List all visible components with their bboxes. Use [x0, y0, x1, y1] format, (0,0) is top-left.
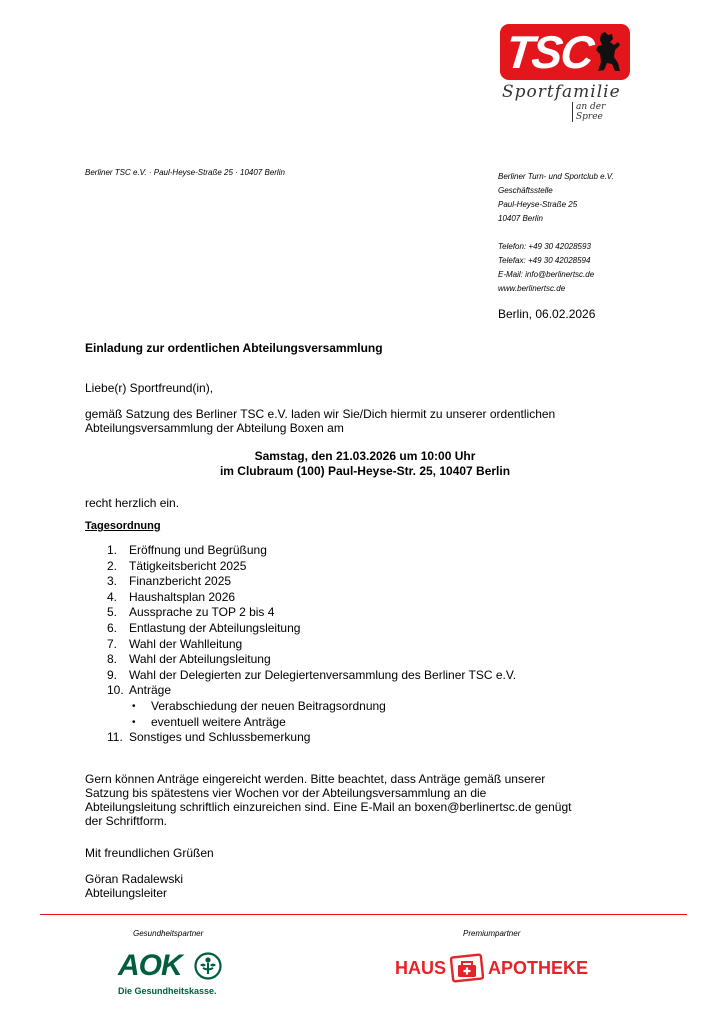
aok-logo: AOK Die Gesundheitskasse. [118, 950, 233, 1000]
contact-fax: Telefax: +49 30 42028594 [498, 254, 614, 268]
bullet-icon: • [132, 699, 151, 715]
contact-phone: Telefon: +49 30 42028593 [498, 240, 614, 254]
agenda-item: 5.Aussprache zu TOP 2 bis 4 [85, 605, 516, 621]
first-aid-kit-icon [450, 953, 484, 983]
contact-email[interactable]: E-Mail: info@berlinertsc.de [498, 268, 614, 282]
logo-subtagline: an der Spree [572, 102, 632, 122]
signer-name: Göran Radalewski [85, 872, 183, 886]
sender-return-address: Berliner TSC e.V. · Paul-Heyse-Straße 25… [85, 168, 285, 177]
agenda-item: 3.Finanzbericht 2025 [85, 574, 516, 590]
agenda-item: 6.Entlastung der Abteilungsleitung [85, 621, 516, 637]
apotheke-word: APOTHEKE [488, 958, 588, 979]
event-details: Samstag, den 21.03.2026 um 10:00 Uhr im … [85, 449, 645, 479]
tsc-logo: TSC Sportfamilie an der Spree [500, 24, 632, 116]
aok-wordmark: AOK [118, 950, 182, 982]
invite-closing: recht herzlich ein. [85, 496, 179, 510]
logo-tagline: Sportfamilie [502, 82, 621, 102]
bullet-icon: • [132, 715, 151, 731]
agenda-item: 4.Haushaltsplan 2026 [85, 590, 516, 606]
event-datetime: Samstag, den 21.03.2026 um 10:00 Uhr [85, 449, 645, 464]
berlin-bear-icon [592, 30, 622, 74]
agenda-title: Tagesordnung [85, 520, 161, 532]
agenda-item: 7.Wahl der Wahlleitung [85, 637, 516, 653]
agenda-subitem: •Verabschiedung der neuen Beitragsordnun… [85, 699, 516, 715]
logo-text: TSC [503, 28, 594, 76]
premium-partner-label: Premiumpartner [463, 929, 520, 938]
agenda-item: 9.Wahl der Delegierten zur Delegiertenve… [85, 668, 516, 684]
info-paragraph: Gern können Anträge eingereicht werden. … [85, 772, 655, 828]
contact-website[interactable]: www.berlinertsc.de [498, 282, 614, 296]
agenda-item: 8.Wahl der Abteilungsleitung [85, 652, 516, 668]
agenda-item: 1.Eröffnung und Begrüßung [85, 543, 516, 559]
letter-subject: Einladung zur ordentlichen Abteilungsver… [85, 341, 383, 355]
contact-org: Berliner Turn- und Sportclub e.V. [498, 170, 614, 184]
signer-role: Abteilungsleiter [85, 886, 183, 900]
health-partner-label: Gesundheitspartner [133, 929, 203, 938]
intro-paragraph: gemäß Satzung des Berliner TSC e.V. lade… [85, 407, 645, 435]
contact-office: Geschäftsstelle [498, 184, 614, 198]
event-location: im Clubraum (100) Paul-Heyse-Str. 25, 10… [85, 464, 645, 479]
letter-date: Berlin, 06.02.2026 [498, 307, 595, 321]
haus-apotheke-logo: HAUS APOTHEKE [395, 951, 588, 985]
intro-line: gemäß Satzung des Berliner TSC e.V. lade… [85, 407, 645, 421]
intro-line: Abteilungsversammlung der Abteilung Boxe… [85, 421, 645, 435]
logo-badge: TSC [500, 24, 630, 80]
signature-block: Göran Radalewski Abteilungsleiter [85, 872, 183, 900]
salutation: Liebe(r) Sportfreund(in), [85, 381, 213, 395]
aok-tree-icon [194, 952, 222, 980]
agenda-item: 10.Anträge [85, 683, 516, 699]
agenda-subitem: •eventuell weitere Anträge [85, 715, 516, 731]
agenda-item: 2.Tätigkeitsbericht 2025 [85, 559, 516, 575]
agenda-list: 1.Eröffnung und Begrüßung 2.Tätigkeitsbe… [85, 543, 516, 746]
contact-street: Paul-Heyse-Straße 25 [498, 198, 614, 212]
contact-city: 10407 Berlin [498, 212, 614, 226]
agenda-item: 11.Sonstiges und Schlussbemerkung [85, 730, 516, 746]
haus-word: HAUS [395, 958, 446, 979]
contact-block: Berliner Turn- und Sportclub e.V. Geschä… [498, 170, 614, 296]
footer-divider [40, 914, 687, 915]
aok-slogan: Die Gesundheitskasse. [118, 986, 217, 996]
closing-greeting: Mit freundlichen Grüßen [85, 846, 214, 860]
